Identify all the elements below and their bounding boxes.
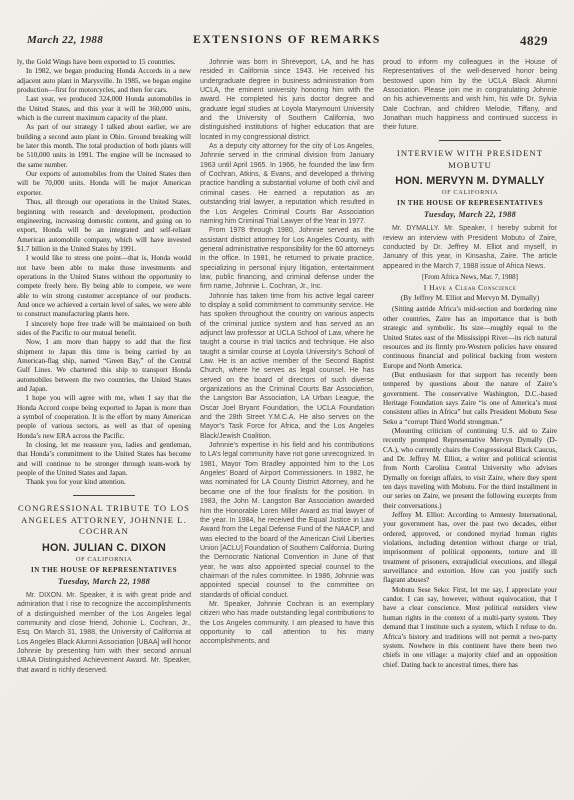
column-2: Johnnie was born in Shreveport, LA, and … [200,58,374,792]
paragraph: Mr. Speaker, Johnnie Cochran is an exemp… [200,600,374,647]
paragraph: Johnnie has taken time from his active l… [200,292,374,442]
paragraph: As part of our strategy I talked about e… [17,123,191,170]
paragraph: I sincerely hope free trade will be main… [17,320,191,339]
paragraph: In 1982, we began producing Honda Accord… [17,67,191,95]
paragraph: Now, I am more than happy to add that th… [17,338,191,394]
paragraph: I would like to stress one point—that is… [17,254,191,319]
paragraph: Johnnie’s expertise in his field and his… [200,441,374,600]
section-title: INTERVIEW WITH PRESIDENT MOBUTU [383,148,557,171]
state-line: OF CALIFORNIA [17,556,191,564]
paragraph-continuation: ly, the Gold Wings have been exported to… [17,58,191,67]
paragraph: Mr. DIXON. Mr. Speaker, it is with great… [17,591,191,675]
scanned-document-page: March 22, 1988 EXTENSIONS OF REMARKS 482… [0,0,574,800]
paragraph: As a deputy city attorney for the city o… [200,142,374,226]
paragraph: (Sitting astride Africa’s mid-section an… [383,305,557,370]
paragraph: Mr. DYMALLY. Mr. Speaker, I hereby submi… [383,224,557,271]
paragraph: Mobutu Sese Seko: First, let me say, I a… [383,586,557,670]
section-divider [439,140,501,142]
session-date: Tuesday, March 22, 1988 [17,577,191,587]
page-title: EXTENSIONS OF REMARKS [0,34,574,46]
paragraph: Our exports of automobiles from the Unit… [17,170,191,198]
speaker-name-heading: HON. JULIAN C. DIXON [17,542,191,554]
paragraph: I hope you will agree with me, when I sa… [17,394,191,441]
paragraph: Thank you for your kind attention. [17,478,191,487]
running-header: March 22, 1988 EXTENSIONS OF REMARKS 482… [0,34,574,54]
paragraph: Last year, we produced 324,000 Honda aut… [17,95,191,123]
page-number: 4829 [520,33,548,49]
session-date: Tuesday, March 22, 1988 [383,210,557,220]
section-title: CONGRESSIONAL TRIBUTE TO LOS ANGELES ATT… [17,503,191,538]
column-layout: ly, the Gold Wings have been exported to… [17,58,557,792]
state-line: OF CALIFORNIA [383,189,557,197]
paragraph: Thus, all through our operations in the … [17,198,191,254]
paragraph: Johnnie was born in Shreveport, LA, and … [200,58,374,142]
byline: (By Jeffrey M. Elliot and Mervyn M. Dyma… [383,293,557,302]
chamber-line: IN THE HOUSE OF REPRESENTATIVES [383,199,557,208]
column-1: ly, the Gold Wings have been exported to… [17,58,191,792]
article-title: I Have a Clear Conscience [383,283,557,293]
paragraph: In closing, let me reassure you, ladies … [17,441,191,478]
source-line: [From Africa News, Mar. 7, 1988] [383,273,557,282]
column-3: proud to inform my colleagues in the Hou… [383,58,557,792]
paragraph: (Mounting criticism of continuing U.S. a… [383,427,557,511]
paragraph: (But enthusiasm for that support has rec… [383,371,557,427]
paragraph: Jeffrey M. Elliot: According to Amnesty … [383,511,557,586]
paragraph: From 1978 through 1980, Johnnie served a… [200,226,374,291]
paragraph-continuation: proud to inform my colleagues in the Hou… [383,58,557,133]
speaker-name-heading: HON. MERVYN M. DYMALLY [383,175,557,187]
section-divider [73,495,135,497]
chamber-line: IN THE HOUSE OF REPRESENTATIVES [17,566,191,575]
